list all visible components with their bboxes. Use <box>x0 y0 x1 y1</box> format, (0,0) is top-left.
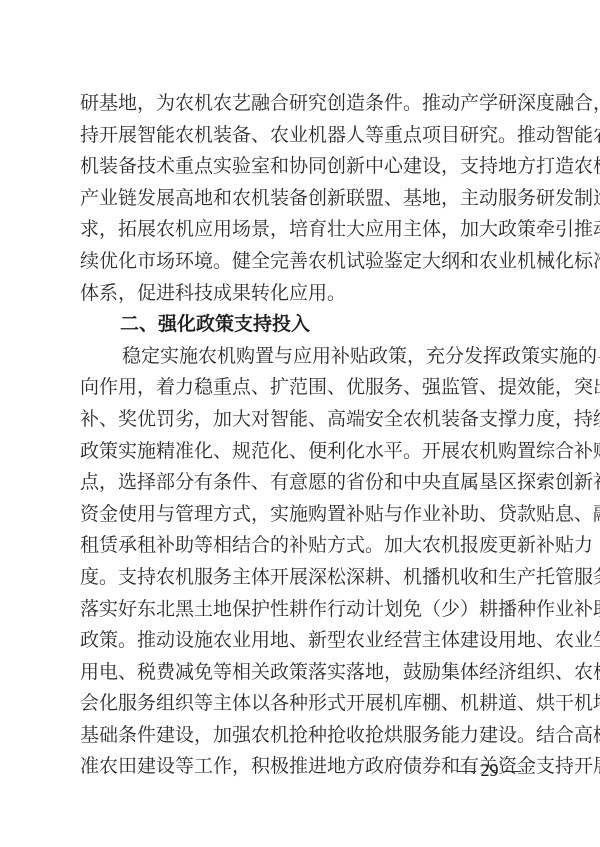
text-line: 稳定实施农机购置与应用补贴政策，充分发挥政策实施的导 <box>80 341 524 373</box>
text-line: 资金使用与管理方式，实施购置补贴与作业补助、贷款贴息、融资 <box>80 499 524 531</box>
text-line: 补、奖优罚劣，加大对智能、高端安全农机装备支撑力度，持续提升 <box>80 404 524 436</box>
text-line: 落实好东北黑土地保护性耕作行动计划免（少）耕播种作业补助 <box>80 594 524 626</box>
page-number: — 29 — <box>458 760 521 781</box>
document-page: 研基地，为农机农艺融合研究创造条件。推动产学研深度融合，支 持开展智能农机装备、… <box>0 0 600 847</box>
paragraph-1: 研基地，为农机农艺融合研究创造条件。推动产学研深度融合，支 持开展智能农机装备、… <box>80 88 524 309</box>
text-line: 续优化市场环境。健全完善农机试验鉴定大纲和农业机械化标准 <box>80 246 524 278</box>
text-line: 产业链发展高地和农机装备创新联盟、基地，主动服务研发制造需 <box>80 183 524 215</box>
text-line: 向作用，着力稳重点、扩范围、优服务、强监管、提效能，突出优机优 <box>80 372 524 404</box>
text-line: 求，拓展农机应用场景，培育壮大应用主体，加大政策牵引推动，持 <box>80 214 524 246</box>
text-line: 度。支持农机服务主体开展深松深耕、机播机收和生产托管服务， <box>80 562 524 594</box>
text-line: 政策实施精准化、规范化、便利化水平。开展农机购置综合补贴试 <box>80 436 524 468</box>
body-text: 研基地，为农机农艺融合研究创造条件。推动产学研深度融合，支 持开展智能农机装备、… <box>80 88 524 783</box>
text-line: 研基地，为农机农艺融合研究创造条件。推动产学研深度融合，支 <box>80 88 524 120</box>
text-line: 政策。推动设施农业用地、新型农业经营主体建设用地、农业生产 <box>80 625 524 657</box>
text-line: 点，选择部分有条件、有意愿的省份和中央直属垦区探索创新补贴 <box>80 467 524 499</box>
text-line: 持开展智能农机装备、农业机器人等重点项目研究。推动智能农 <box>80 120 524 152</box>
text-line: 机装备技术重点实验室和协同创新中心建设，支持地方打造农机 <box>80 151 524 183</box>
text-line: 会化服务组织等主体以各种形式开展机库棚、机耕道、烘干机塔等 <box>80 688 524 720</box>
text-line: 基础条件建设，加强农机抢种抢收抢烘服务能力建设。结合高标 <box>80 720 524 752</box>
section-heading: 二、强化政策支持投入 <box>80 309 524 341</box>
text-line: 用电、税费减免等相关政策落实落地，鼓励集体经济组织、农机社 <box>80 657 524 689</box>
text-line: 体系，促进科技成果转化应用。 <box>80 278 524 310</box>
text-line: 租赁承租补助等相结合的补贴方式。加大农机报废更新补贴力 <box>80 530 524 562</box>
paragraph-2: 稳定实施农机购置与应用补贴政策，充分发挥政策实施的导 向作用，着力稳重点、扩范围… <box>80 341 524 783</box>
